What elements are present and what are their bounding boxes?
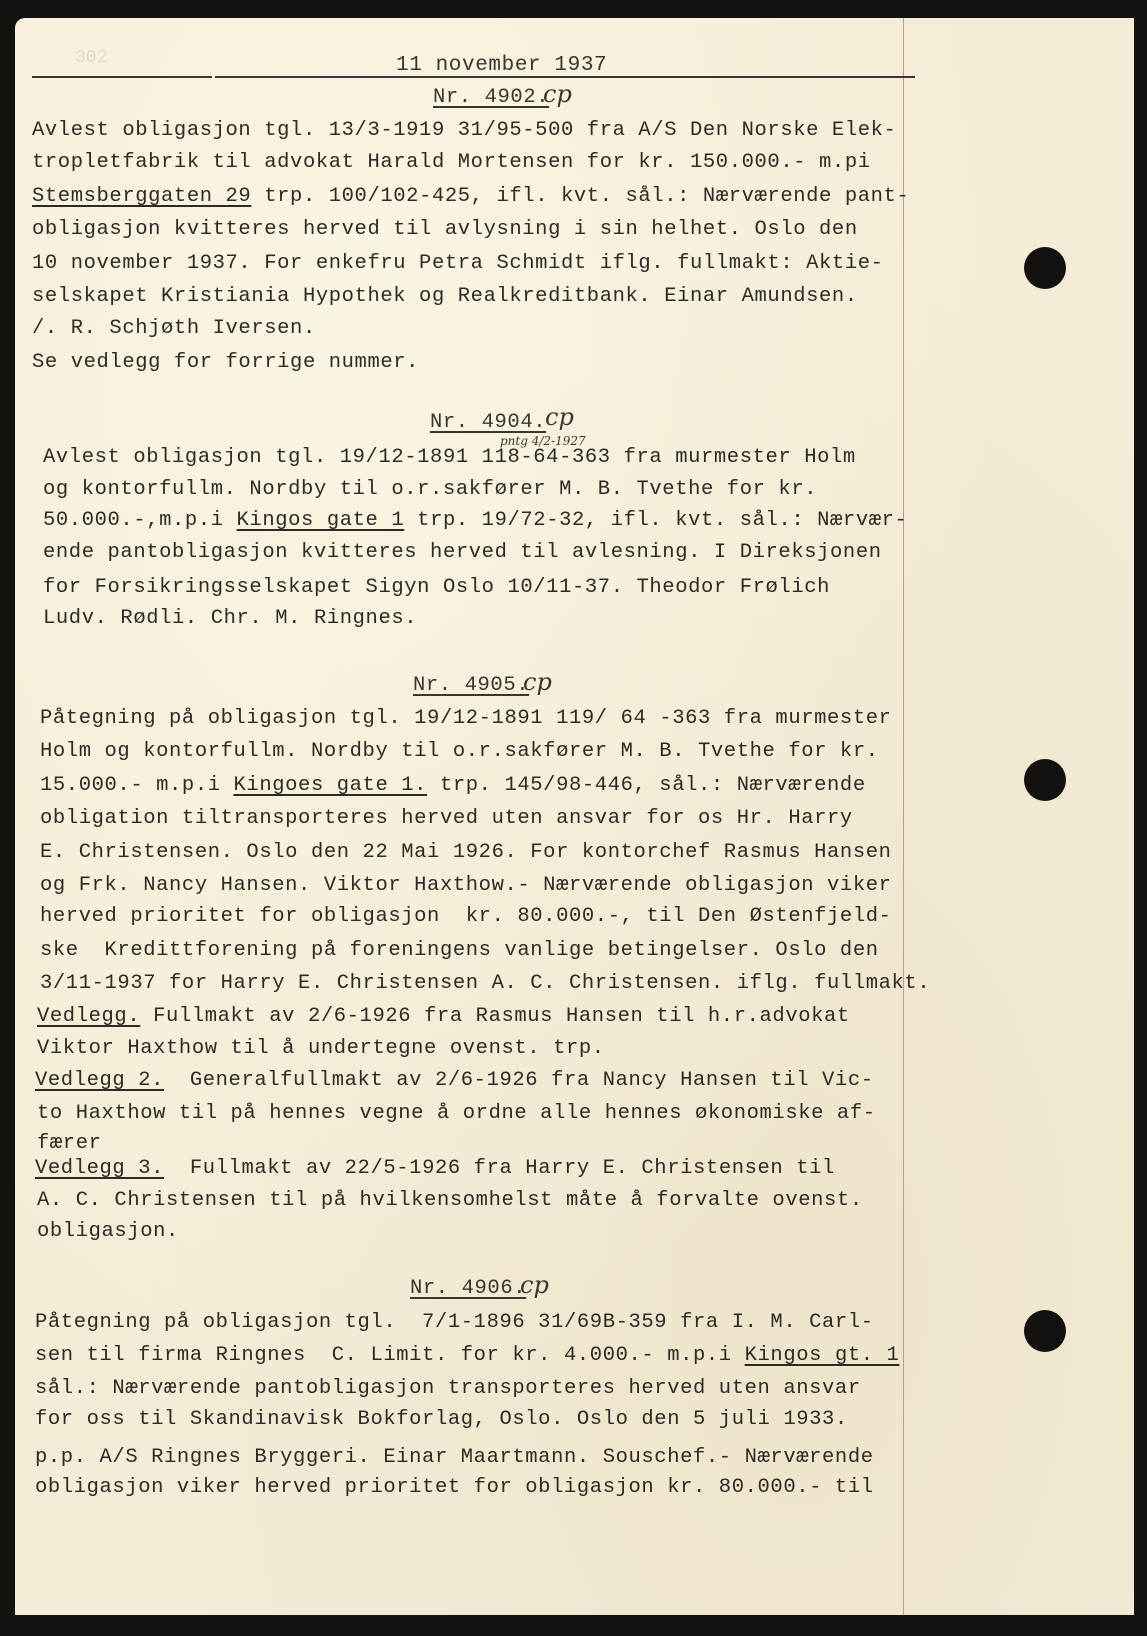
entry-text-line: A. C. Christensen til på hvilkensomhelst…	[37, 1191, 863, 1212]
entry-number: Nr. 4905.	[413, 676, 529, 697]
attachment-label: Vedlegg.	[37, 1005, 140, 1028]
attachment-label: Vedlegg 2.	[35, 1069, 164, 1092]
entry-text-fragment: Generalfullmakt av 2/6-1926 fra Nancy Ha…	[164, 1069, 874, 1092]
entry-text-line: Vedlegg 2. Generalfullmakt av 2/6-1926 f…	[35, 1071, 874, 1092]
entry-text-fragment: trp. 19/72-32, ifl. kvt. sål.: Nærvær-	[404, 509, 907, 532]
entry-text-line: Vedlegg 3. Fullmakt av 22/5-1926 fra Har…	[35, 1159, 835, 1180]
entry-text-line: Ludv. Rødli. Chr. M. Ringnes.	[43, 609, 417, 630]
entry-text-line: E. Christensen. Oslo den 22 Mai 1926. Fo…	[40, 843, 892, 864]
entry-text-line: 3/11-1937 for Harry E. Christensen A. C.…	[40, 974, 930, 995]
entry-text-fragment: Fullmakt av 2/6-1926 fra Rasmus Hansen t…	[140, 1005, 850, 1028]
punch-hole-icon	[1024, 1310, 1066, 1352]
punch-hole-icon	[1024, 247, 1066, 289]
entry-text-line: og Frk. Nancy Hansen. Viktor Haxthow.- N…	[40, 876, 892, 897]
document-page: 302 11 november 1937 Nr. 4902. cp Avlest…	[15, 18, 1134, 1615]
entry-text-fragment: sen til firma Ringnes C. Limit. for kr. …	[35, 1344, 745, 1367]
entry-text-line: to Haxthow til på hennes vegne å ordne a…	[37, 1104, 876, 1125]
entry-text-line: sen til firma Ringnes C. Limit. for kr. …	[35, 1346, 899, 1367]
address-underlined: Kingoes gate 1.	[234, 774, 428, 797]
attachment-label: Vedlegg 3.	[35, 1157, 164, 1180]
entry-text-fragment: trp. 100/102-425, ifl. kvt. sål.: Nærvær…	[251, 185, 909, 208]
address-underlined: Kingos gt. 1	[745, 1344, 900, 1367]
entry-text-fragment: 15.000.- m.p.i	[40, 774, 234, 797]
entry-number: Nr. 4902.	[433, 88, 549, 109]
entry-text-line: 10 november 1937. For enkefru Petra Schm…	[32, 254, 884, 275]
handwritten-mark: cp	[520, 1271, 549, 1299]
entry-text-line: Stemsberggaten 29 trp. 100/102-425, ifl.…	[32, 187, 909, 208]
date-header: 11 november 1937	[396, 55, 607, 76]
entry-text-line: Påtegning på obligasjon tgl. 7/1-1896 31…	[35, 1313, 874, 1334]
entry-text-line: p.p. A/S Ringnes Bryggeri. Einar Maartma…	[35, 1448, 874, 1469]
entry-text-fragment: trp. 145/98-446, sål.: Nærværende	[427, 774, 866, 797]
entry-number: Nr. 4904.	[430, 413, 546, 434]
entry-text-line: færer	[37, 1134, 102, 1155]
entry-text-line: og kontorfullm. Nordby til o.r.sakfører …	[43, 480, 817, 501]
faint-page-number: 302	[75, 48, 107, 68]
entry-text-line: herved prioritet for obligasjon kr. 80.0…	[40, 907, 892, 928]
entry-text-line: 15.000.- m.p.i Kingoes gate 1. trp. 145/…	[40, 776, 866, 797]
entry-text-line: ende pantobligasjon kvitteres herved til…	[43, 543, 882, 564]
handwritten-mark: cp	[545, 403, 574, 431]
entry-text-line: Avlest obligasjon tgl. 19/12-1891 118-64…	[43, 448, 856, 469]
entry-text-line: 50.000.-,m.p.i Kingos gate 1 trp. 19/72-…	[43, 511, 907, 532]
header-rule	[215, 76, 915, 78]
entry-text-line: for oss til Skandinavisk Bokforlag, Oslo…	[35, 1410, 848, 1431]
margin-rule	[903, 18, 904, 1615]
entry-text-line: obligasjon viker herved prioritet for ob…	[35, 1478, 874, 1499]
entry-text-line: obligasjon.	[37, 1222, 179, 1243]
entry-text-fragment: Fullmakt av 22/5-1926 fra Harry E. Chris…	[164, 1157, 835, 1180]
entry-text-line: Vedlegg. Fullmakt av 2/6-1926 fra Rasmus…	[37, 1007, 850, 1028]
entry-text-fragment: 50.000.-,m.p.i	[43, 509, 237, 532]
entry-text-line: Se vedlegg for forrige nummer.	[32, 353, 419, 374]
entry-text-line: Avlest obligasjon tgl. 13/3-1919 31/95-5…	[32, 121, 896, 142]
handwritten-mark: cp	[543, 80, 572, 108]
punch-hole-icon	[1024, 759, 1066, 801]
entry-text-line: obligasjon kvitteres herved til avlysnin…	[32, 220, 858, 241]
address-underlined: Stemsberggaten 29	[32, 185, 251, 208]
entry-text-line: tropletfabrik til advokat Harald Mortens…	[32, 153, 871, 174]
entry-text-line: obligation tiltransporteres herved uten …	[40, 809, 853, 830]
entry-text-line: /. R. Schjøth Iversen.	[32, 319, 316, 340]
entry-text-line: for Forsikringsselskapet Sigyn Oslo 10/1…	[43, 578, 830, 599]
header-rule	[32, 76, 212, 78]
entry-text-line: selskapet Kristiania Hypothek og Realkre…	[32, 287, 858, 308]
address-underlined: Kingos gate 1	[237, 509, 405, 532]
entry-text-line: sål.: Nærværende pantobligasjon transpor…	[35, 1379, 861, 1400]
entry-text-line: Holm og kontorfullm. Nordby til o.r.sakf…	[40, 742, 879, 763]
entry-text-line: Påtegning på obligasjon tgl. 19/12-1891 …	[40, 709, 892, 730]
entry-number: Nr. 4906.	[410, 1279, 526, 1300]
entry-text-line: Viktor Haxthow til å undertegne ovenst. …	[37, 1039, 605, 1060]
entry-text-line: ske Kredittforening på foreningens vanli…	[40, 941, 879, 962]
handwritten-mark: cp	[523, 668, 552, 696]
